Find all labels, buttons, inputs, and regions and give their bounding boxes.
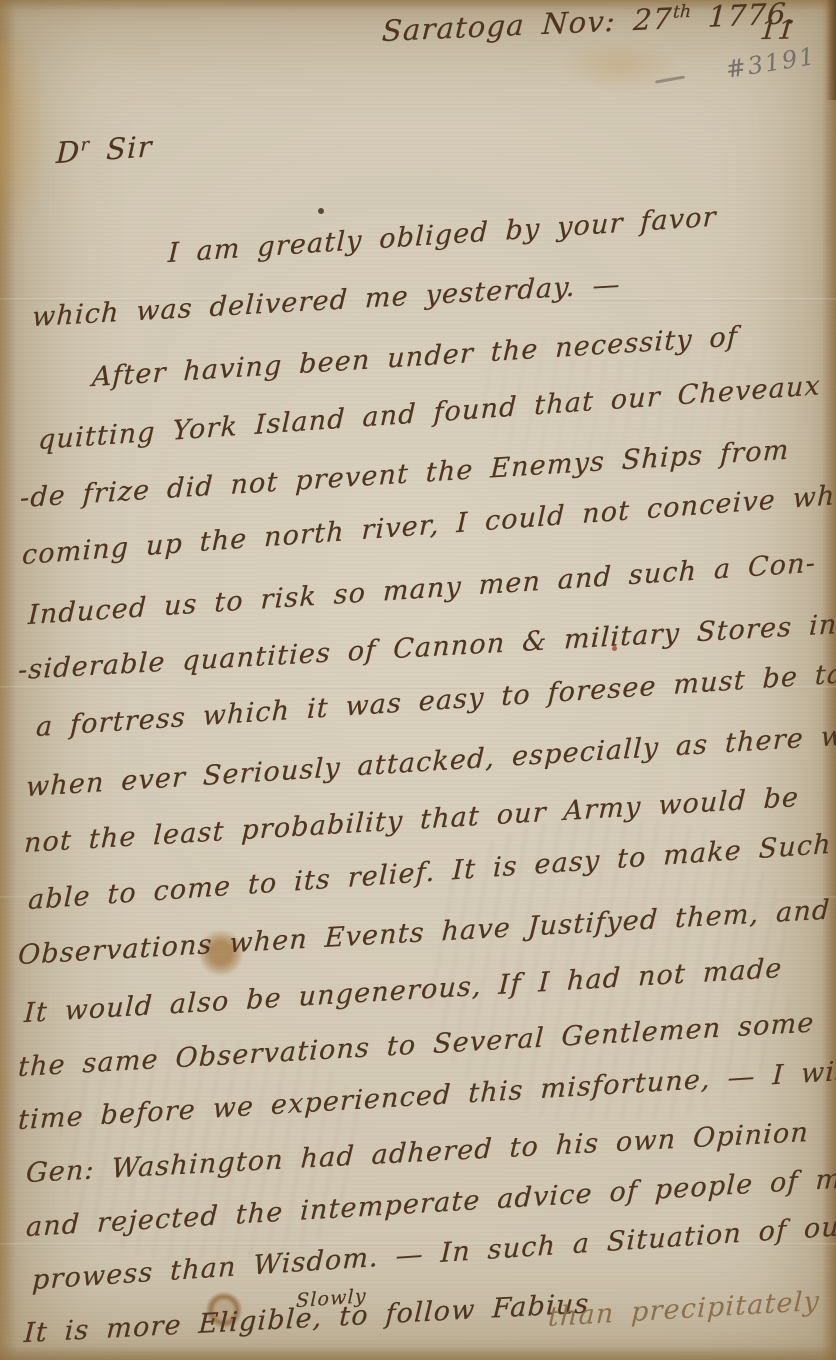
salutation: Dr Sir <box>55 129 153 170</box>
paper-corner-dark <box>826 0 836 100</box>
ink-speck <box>318 208 324 214</box>
paper-blotch <box>560 40 680 90</box>
catalog-number-pencil: #3191 <box>724 42 818 84</box>
letter-scan-page: Saratoga Nov: 27th 1776. 11 #3191 Dr Sir… <box>0 0 836 1360</box>
dateline-suffix: th <box>672 2 691 23</box>
pencil-dash-mark <box>655 75 685 83</box>
salutation-initial: D <box>55 134 81 170</box>
page-number: 11 <box>759 15 797 46</box>
paper-age-patch <box>0 40 48 260</box>
paper-edge-left-shade <box>0 0 16 1360</box>
salutation-rest: Sir <box>88 129 153 168</box>
letter-line: I am greatly obliged by your favor <box>167 201 717 269</box>
letter-dateline: Saratoga Nov: 27th 1776. <box>381 0 798 48</box>
dateline-text: Saratoga Nov: 27 <box>381 1 674 48</box>
letter-line: which was delivered me yesterday. — <box>31 269 621 333</box>
paper-edge-bottom-shade <box>0 1346 836 1360</box>
